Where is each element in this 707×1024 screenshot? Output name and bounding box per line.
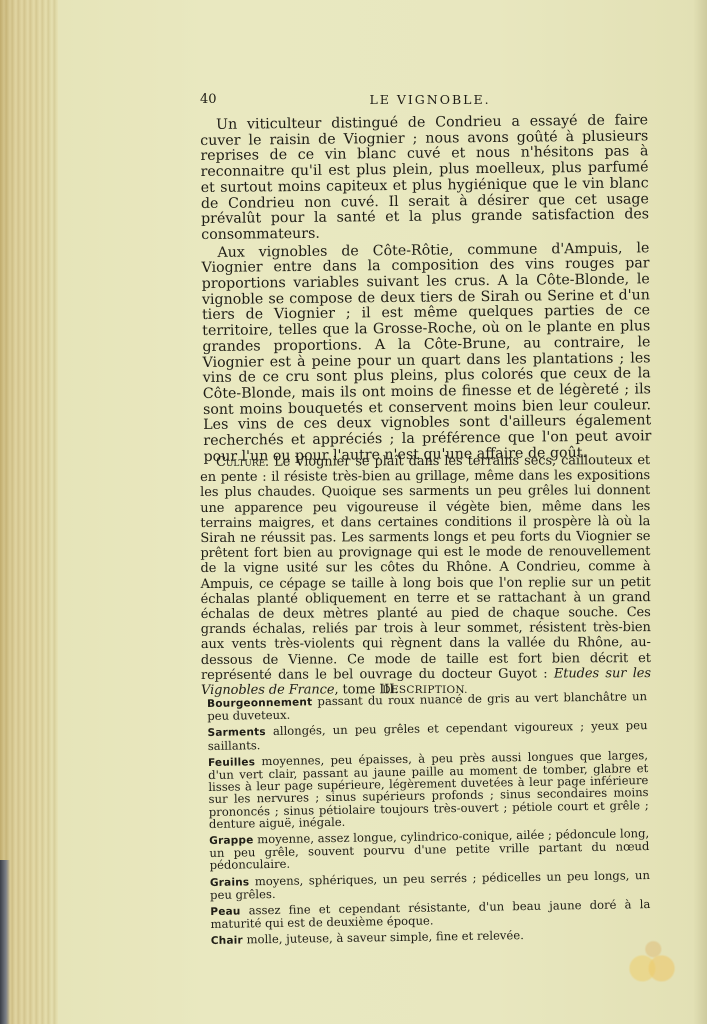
description-text: moyenne, assez longue, cylindrico-coniqu… [209, 826, 649, 872]
description-item: Chair molle, juteuse, à saveur simple, f… [211, 928, 651, 948]
culture-heading: Culture. [216, 455, 269, 470]
paragraph-cote-rotie: Aux vignobles de Côte-Rôtie, commune d'A… [201, 241, 651, 466]
description-item: Sarments allongés, un peu grêles et cepe… [207, 719, 647, 751]
running-title: LE VIGNOBLE. [200, 92, 660, 107]
main-text: Un viticulteur distingué de Condrieu a e… [200, 113, 652, 465]
description-item: Grappe moyenne, assez longue, cylindrico… [209, 827, 650, 872]
page-curl-shadow [693, 0, 707, 1024]
description-item: Feuilles moyennes, peu épaisses, à peu p… [208, 749, 649, 830]
scanner-background [0, 860, 10, 1024]
paragraph-condrieu: Un viticulteur distingué de Condrieu a e… [200, 113, 649, 243]
description-list: Bourgeonnement passant du roux nuancé de… [207, 690, 651, 952]
culture-section: Culture. Le Viognier se plaît dans les t… [200, 453, 651, 698]
description-item: Peau assez fine et cependant résistante,… [210, 898, 650, 930]
running-header: 40 LE VIGNOBLE. [200, 92, 660, 110]
book-page: 40 LE VIGNOBLE. Un viticulteur distingué… [0, 0, 707, 1024]
description-text: assez fine et cependant résistante, d'un… [210, 897, 650, 931]
culture-paragraph: Culture. Le Viognier se plaît dans les t… [200, 453, 651, 698]
culture-text: Le Viognier se plaît dans les terrains s… [200, 453, 651, 683]
description-item: Grains moyens, sphériques, un peu serrés… [210, 869, 650, 901]
description-text: moyennes, peu épaisses, à peu près aussi… [208, 748, 649, 831]
description-text: moyens, sphériques, un peu serrés ; pédi… [210, 868, 650, 902]
description-term: Chair [211, 935, 243, 948]
description-text: molle, juteuse, à saveur simple, fine et… [243, 929, 524, 947]
description-text: allongés, un peu grêles et cependant vig… [208, 718, 648, 752]
